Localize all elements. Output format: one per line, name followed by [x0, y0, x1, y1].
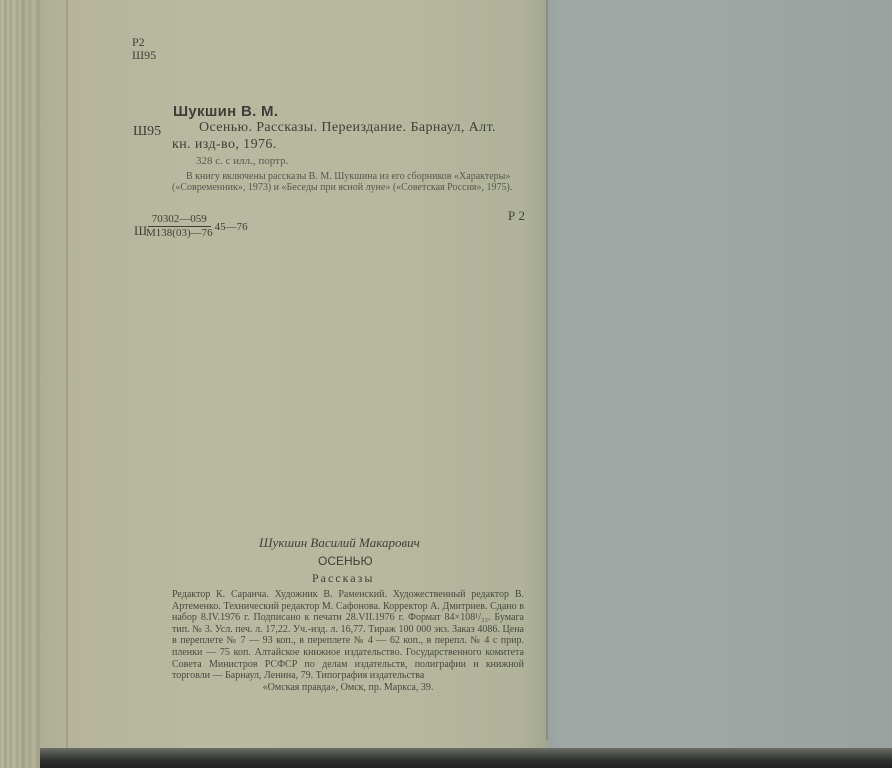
imprint-block: Редактор К. Саранча. Художник В. Раменск…: [172, 589, 524, 693]
bibliographic-publisher-line: кн. изд-во, 1976.: [172, 137, 277, 153]
author-mark-top: Ш95: [132, 49, 156, 62]
catalog-suffix: 45—76: [215, 221, 248, 233]
bbk-code-right: Р 2: [508, 208, 525, 224]
bibliographic-pages-line: 328 с. с илл., портр.: [196, 155, 288, 167]
catalog-numerator: 70302—059: [148, 213, 211, 227]
catalog-denominator: М138(03)—76: [146, 227, 213, 240]
classification-codes: Р2 Ш95: [132, 36, 156, 62]
index-code: Ш95: [133, 124, 161, 140]
imprint-printer: «Омская правда», Омск, пр. Маркса, 39.: [172, 682, 524, 694]
colophon-genre: Рассказы: [312, 571, 374, 586]
colophon-title: ОСЕНЬЮ: [318, 554, 373, 568]
imprint-details: Редактор К. Саранча. Художник В. Раменск…: [172, 589, 524, 682]
right-page-blank: [548, 0, 892, 768]
colophon-author: Шукшин Василий Макарович: [259, 535, 420, 551]
book-bottom-shadow: [40, 748, 892, 768]
page-seam: [546, 0, 549, 740]
author-heading: Шукшин В. М.: [173, 103, 278, 120]
bibliographic-title-line: Осенью. Рассказы. Переиздание. Барнаул, …: [199, 120, 496, 136]
annotation-text: В книгу включены рассказы В. М. Шукшина …: [172, 171, 517, 193]
page-fold-line: [66, 0, 68, 768]
catalog-index-fraction: 70302—059 М138(03)—76 45—76: [146, 213, 248, 240]
